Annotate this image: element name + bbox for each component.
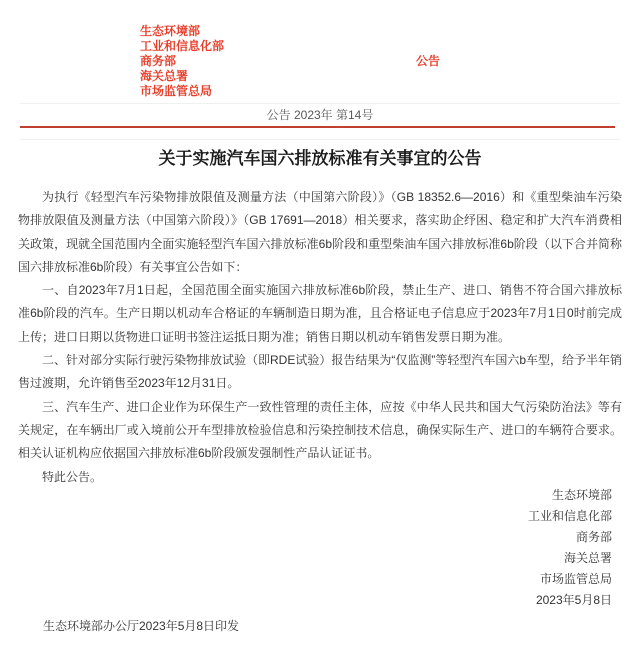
- body-paragraph: 三、汽车生产、进口企业作为环保生产一致性管理的责任主体，应按《中华人民共和国大气…: [18, 396, 622, 466]
- body-paragraph: 二、针对部分实际行驶污染物排放试验（即RDE试验）报告结果为“仅监测”等轻型汽车…: [18, 349, 622, 396]
- signature-name: 市场监管总局: [528, 569, 612, 590]
- docket-number: 公告 2023年 第14号: [0, 106, 640, 124]
- red-rule-line: [20, 126, 615, 128]
- agency-name: 生态环境部: [140, 24, 224, 39]
- signature-name: 海关总署: [528, 548, 612, 569]
- divider-line: [20, 103, 620, 104]
- docket-number-text: 公告 2023年 第14号: [261, 108, 380, 122]
- agency-name: 商务部: [140, 54, 224, 69]
- page-title: 关于实施汽车国六排放标准有关事宜的公告: [0, 147, 640, 171]
- body-paragraph: 为执行《轻型汽车污染物排放限值及测量方法（中国第六阶段）》（GB 18352.6…: [18, 186, 622, 279]
- signature-name: 生态环境部: [528, 485, 612, 506]
- footer-note: 生态环境部办公厅2023年5月8日印发: [43, 615, 239, 638]
- issuing-agencies-list: 生态环境部 工业和信息化部 商务部 海关总署 市场监管总局: [140, 24, 224, 99]
- agency-name: 海关总署: [140, 69, 224, 84]
- agency-name: 市场监管总局: [140, 84, 224, 99]
- announcement-label: 公告: [416, 54, 440, 69]
- document-body: 为执行《轻型汽车污染物排放限值及测量方法（中国第六阶段）》（GB 18352.6…: [18, 186, 622, 489]
- body-paragraph: 一、自2023年7月1日起，全国范围全面实施国六排放标准6b阶段，禁止生产、进口…: [18, 279, 622, 349]
- agency-name: 工业和信息化部: [140, 39, 224, 54]
- signature-name: 工业和信息化部: [528, 506, 612, 527]
- divider-line: [20, 139, 620, 140]
- announcement-page: 生态环境部 工业和信息化部 商务部 海关总署 市场监管总局 公告 公告 2023…: [0, 0, 640, 650]
- signature-block: 生态环境部 工业和信息化部 商务部 海关总署 市场监管总局 2023年5月8日: [528, 485, 612, 611]
- signature-date: 2023年5月8日: [528, 590, 612, 611]
- signature-name: 商务部: [528, 527, 612, 548]
